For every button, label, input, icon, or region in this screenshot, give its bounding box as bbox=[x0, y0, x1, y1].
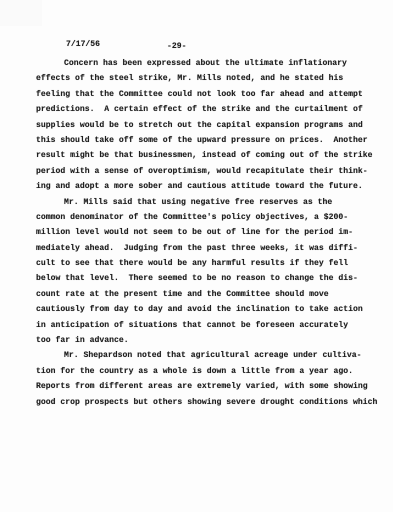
paragraph-1-line: ing and adopt a more sober and cautious … bbox=[36, 179, 373, 194]
paragraph-2-line: cult to see that there would be any harm… bbox=[36, 256, 373, 271]
paragraph-1-line: predictions. A certain effect of the str… bbox=[36, 102, 373, 117]
paragraph-2-line: too far in advance. bbox=[36, 333, 373, 348]
paragraph-1-line: feeling that the Committee could not loo… bbox=[36, 87, 373, 102]
paragraph-2-line: cautiously from day to day and avoid the… bbox=[36, 302, 373, 317]
paragraph-2-line: in anticipation of situations that canno… bbox=[36, 318, 373, 333]
header-date: 7/17/56 bbox=[66, 40, 100, 49]
paragraph-2-line: below that level. There seemed to be no … bbox=[36, 271, 373, 286]
paragraph-1-line: supplies would be to stretch out the cap… bbox=[36, 118, 373, 133]
document-page: 7/17/56 -29- Concern has been expressed … bbox=[0, 0, 393, 512]
document-body: Concern has been expressed about the ult… bbox=[36, 56, 373, 410]
page-header: 7/17/56 -29- bbox=[0, 40, 393, 54]
paragraph-1-line: result might be that businessmen, instea… bbox=[36, 148, 373, 163]
paragraph-2-line: count rate at the present time and the C… bbox=[36, 287, 373, 302]
paragraph-2-line: mediately ahead. Judging from the past t… bbox=[36, 241, 373, 256]
paragraph-1-line: period with a sense of overoptimism, wou… bbox=[36, 164, 373, 179]
paragraph-2-line: common denominator of the Committee's po… bbox=[36, 210, 373, 225]
paragraph-3-line: Mr. Shepardson noted that agricultural a… bbox=[36, 348, 373, 363]
paragraph-3-line: Reports from different areas are extreme… bbox=[36, 379, 373, 394]
paragraph-1-line: Concern has been expressed about the ult… bbox=[36, 56, 373, 71]
header-page-number: -29- bbox=[167, 42, 186, 51]
paragraph-1-line: this should take off some of the upward … bbox=[36, 133, 373, 148]
paragraph-3-line: good crop prospects but others showing s… bbox=[36, 395, 373, 410]
paragraph-2-line: Mr. Mills said that using negative free … bbox=[36, 195, 373, 210]
paragraph-2-line: million level would not seem to be out o… bbox=[36, 225, 373, 240]
paragraph-1-line: effects of the steel strike, Mr. Mills n… bbox=[36, 71, 373, 86]
scan-corner-shade bbox=[0, 0, 42, 26]
paragraph-3-line: tion for the country as a whole is down … bbox=[36, 364, 373, 379]
